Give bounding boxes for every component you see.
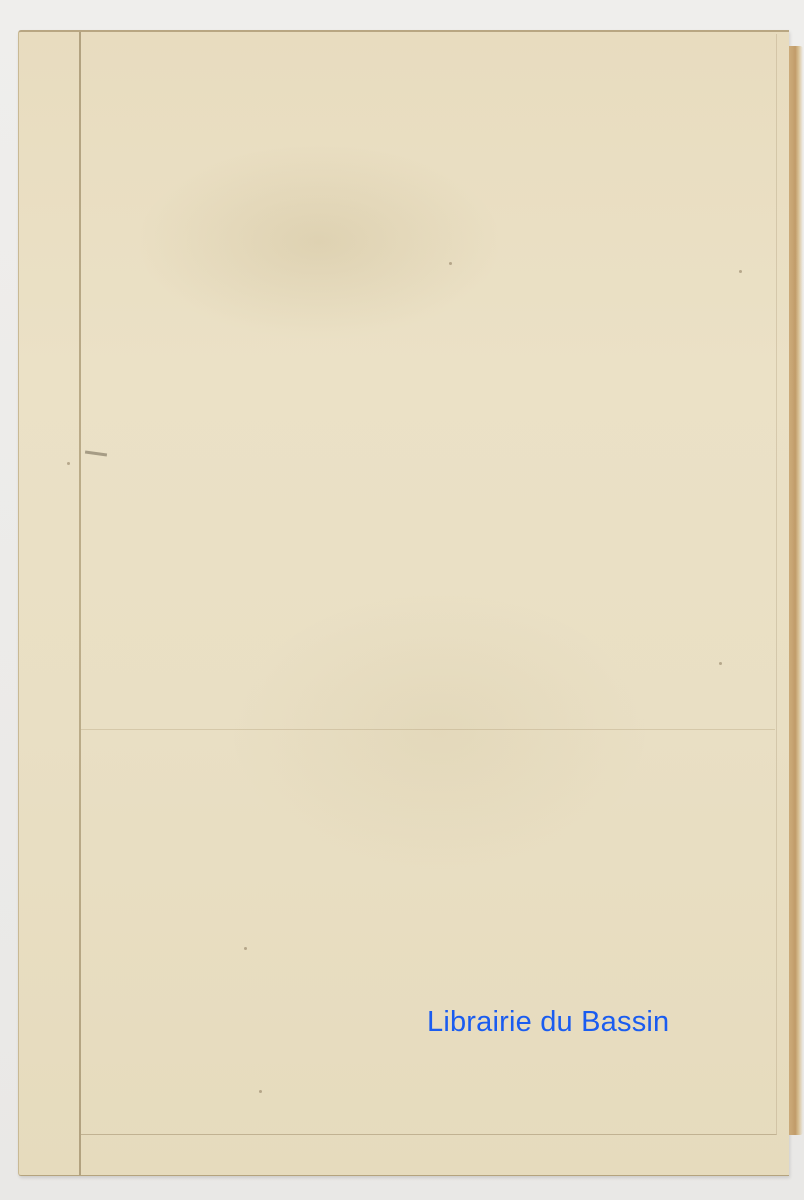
worn-right-edge xyxy=(789,46,803,1135)
paper-speck xyxy=(719,662,722,665)
bookseller-watermark: Librairie du Bassin xyxy=(427,1006,669,1039)
paper-speck xyxy=(244,947,247,950)
paper-speck xyxy=(67,462,70,465)
book-back-cover xyxy=(18,30,789,1176)
paper-speck xyxy=(449,262,452,265)
horizontal-crease xyxy=(81,729,775,730)
cover-inner-frame xyxy=(81,34,777,1135)
paper-speck xyxy=(739,270,742,273)
paper-speck xyxy=(259,1090,262,1093)
